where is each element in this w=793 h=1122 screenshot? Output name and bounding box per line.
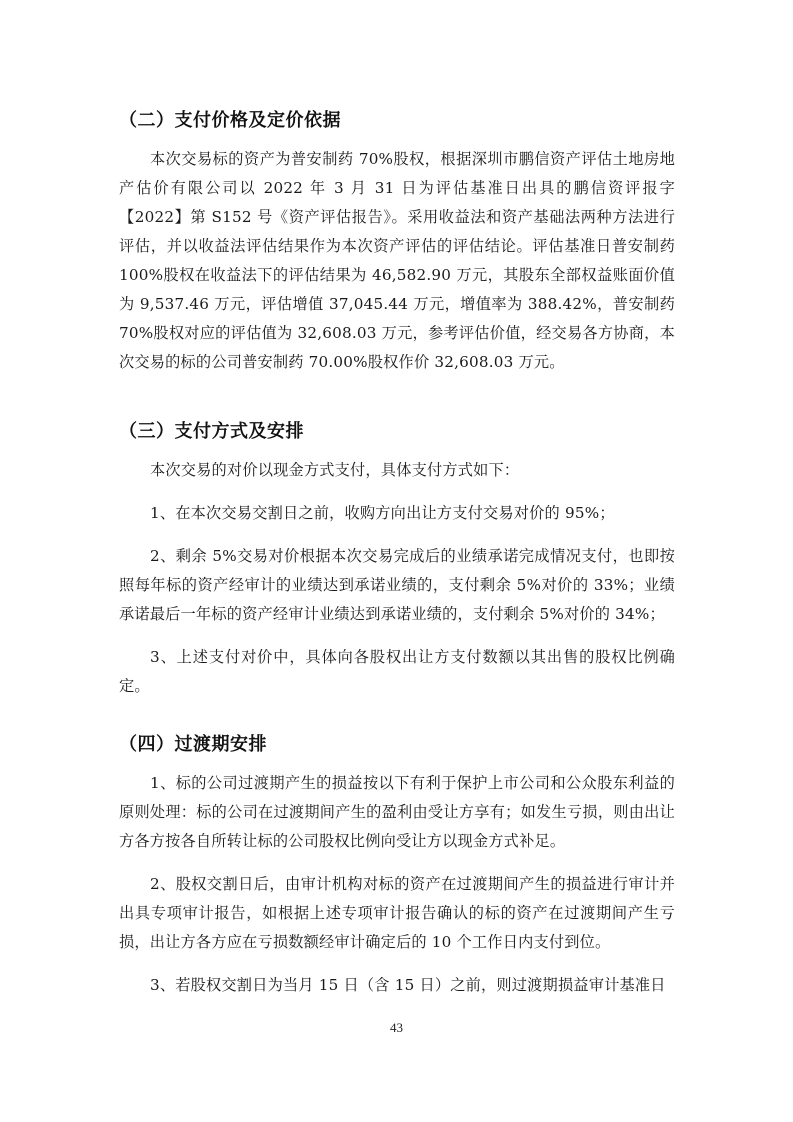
paragraph-pricing-basis: 本次交易标的资产为普安制药 70%股权，根据深圳市鹏信资产评估土地房地产估价有限… — [119, 145, 675, 377]
paragraph-transition-item-2: 2、股权交割日后，由审计机构对标的资产在过渡期间产生的损益进行审计并出具专项审计… — [119, 870, 675, 957]
section-heading-payment: （三）支付方式及安排 — [119, 417, 304, 443]
section-heading-pricing: （二）支付价格及定价依据 — [119, 106, 341, 132]
paragraph-payment-item-2: 2、剩余 5%交易对价根据本次交易完成后的业绩承诺完成情况支付，也即按照每年标的… — [119, 542, 675, 629]
paragraph-payment-intro: 本次交易的对价以现金方式支付，具体支付方式如下： — [119, 456, 675, 485]
paragraph-payment-item-1: 1、在本次交易交割日之前，收购方向出让方支付交易对价的 95%； — [119, 499, 675, 528]
paragraph-transition-item-1: 1、标的公司过渡期产生的损益按以下有利于保护上市公司和公众股东利益的原则处理：标… — [119, 769, 675, 856]
page-number: 43 — [0, 1020, 793, 1036]
paragraph-payment-item-3: 3、上述支付对价中，具体向各股权出让方支付数额以其出售的股权比例确定。 — [119, 643, 675, 701]
section-heading-transition: （四）过渡期安排 — [119, 730, 267, 756]
paragraph-transition-item-3: 3、若股权交割日为当月 15 日（含 15 日）之前，则过渡期损益审计基准日 — [119, 971, 675, 1000]
